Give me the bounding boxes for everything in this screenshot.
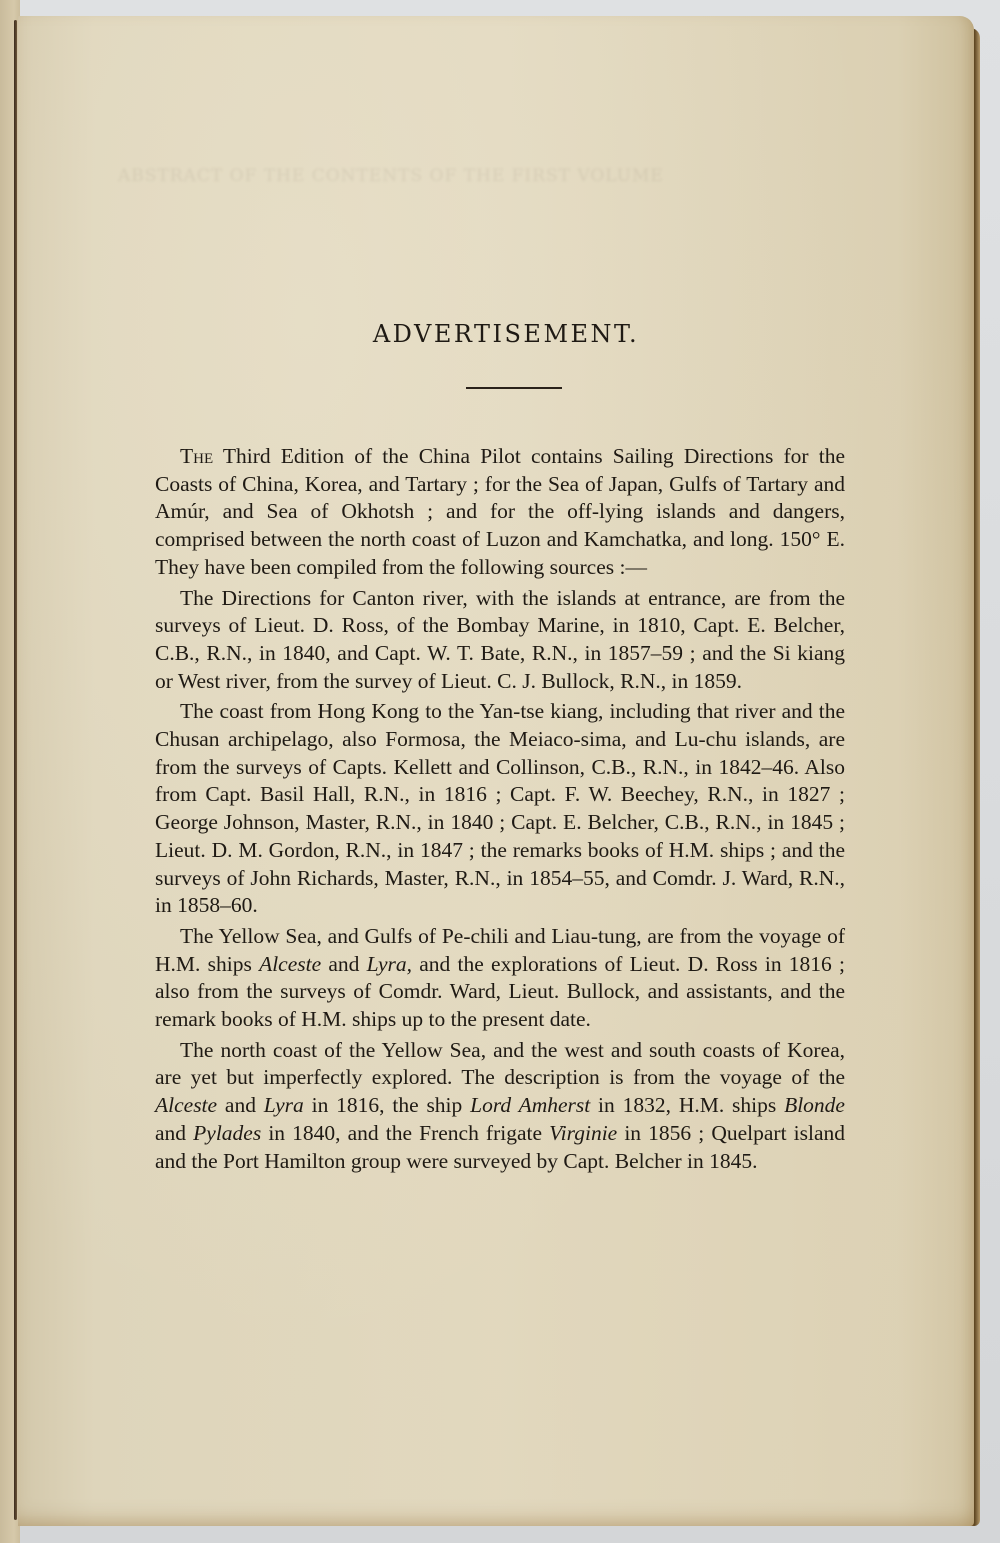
ship-name: Pylades xyxy=(193,1121,261,1145)
ship-name: Virginie xyxy=(549,1121,617,1145)
facing-page-edge xyxy=(0,0,20,1543)
ship-name: Alceste xyxy=(259,952,321,976)
paragraph-canton-river: The Directions for Canton river, with th… xyxy=(155,585,845,696)
text-run: in 1832, H.M. ships xyxy=(590,1093,784,1117)
paragraph-korea: The north coast of the Yellow Sea, and t… xyxy=(155,1037,845,1176)
body-text: The Third Edition of the China Pilot con… xyxy=(155,443,845,1175)
text-run: The north coast of the Yellow Sea, and t… xyxy=(155,1038,845,1090)
ship-name: Blonde xyxy=(784,1093,845,1117)
text-run: and xyxy=(321,952,367,976)
text-run: and xyxy=(217,1093,264,1117)
paragraph-intro: The Third Edition of the China Pilot con… xyxy=(155,443,845,582)
paragraph-hong-kong-coast: The coast from Hong Kong to the Yan-tse … xyxy=(155,698,845,920)
bleed-through-text: ABSTRACT OF THE CONTENTS OF THE FIRST VO… xyxy=(118,164,918,188)
title-rule-divider xyxy=(466,387,562,389)
paragraph-yellow-sea: The Yellow Sea, and Gulfs of Pe-chili an… xyxy=(155,923,845,1034)
drop-word: The xyxy=(180,444,213,468)
ship-name: Lyra, xyxy=(367,952,412,976)
text-run: in 1840, and the French frigate xyxy=(261,1121,549,1145)
text-run: and xyxy=(155,1121,193,1145)
ship-name: Lord Amherst xyxy=(470,1093,590,1117)
paragraph-text: Third Edition of the China Pilot contain… xyxy=(155,444,845,579)
ship-name: Lyra xyxy=(264,1093,304,1117)
text-run: in 1816, the ship xyxy=(304,1093,470,1117)
book-gutter xyxy=(14,20,17,1520)
ship-name: Alceste xyxy=(155,1093,217,1117)
page-content: ADVERTISEMENT. The Third Edition of the … xyxy=(155,320,845,1178)
page-title: ADVERTISEMENT. xyxy=(155,320,845,348)
